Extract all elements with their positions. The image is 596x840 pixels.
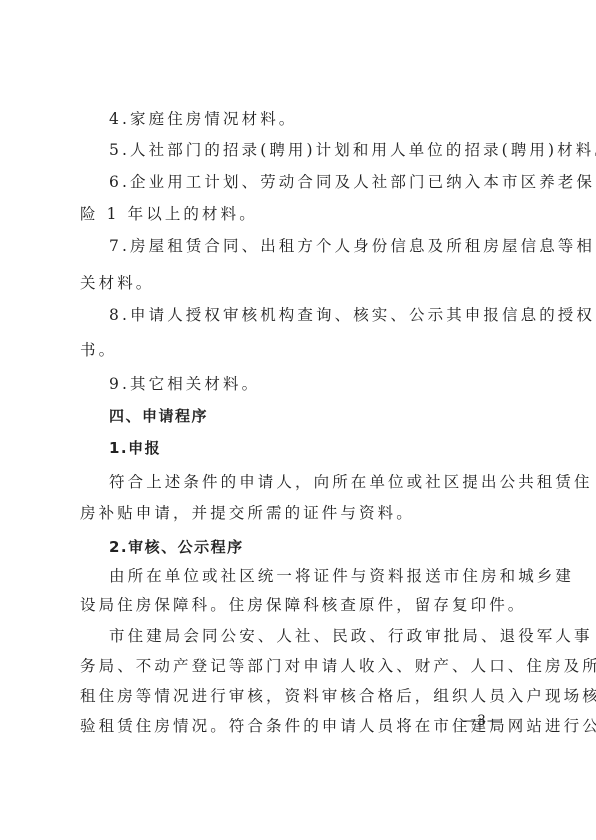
paragraph-line: 符合上述条件的申请人，向所在单位或社区提出公共租赁住 (109, 472, 549, 492)
paragraph-line: 8.申请人授权审核机构查询、核实、公示其申报信息的授权 (109, 305, 549, 325)
paragraph-line: 4.家庭住房情况材料。 (109, 109, 549, 129)
paragraph-line: 关材料。 (80, 273, 520, 293)
paragraph-line: 由所在单位或社区统一将证件与资料报送市住房和城乡建 (109, 566, 549, 586)
document-page: 4.家庭住房情况材料。5.人社部门的招录(聘用)计划和用人单位的招录(聘用)材料… (0, 0, 596, 840)
paragraph-line: 书。 (80, 340, 520, 360)
paragraph-line: 5.人社部门的招录(聘用)计划和用人单位的招录(聘用)材料。 (109, 140, 549, 160)
paragraph-line: 房补贴申请，并提交所需的证件与资料。 (80, 503, 520, 523)
section-heading: 1.申报 (109, 438, 549, 458)
paragraph-line: 务局、不动产登记等部门对申请人收入、财产、人口、住房及所 (80, 656, 520, 676)
paragraph-line: 验租赁住房情况。符合条件的申请人员将在市住建局网站进行公 (80, 716, 520, 736)
paragraph-line: 租住房等情况进行审核，资料审核合格后，组织人员入户现场核 (80, 686, 520, 706)
paragraph-line: 市住建局会同公安、人社、民政、行政审批局、退役军人事 (109, 626, 549, 646)
paragraph-line: 6.企业用工计划、劳动合同及人社部门已纳入本市区养老保 (109, 172, 549, 192)
paragraph-line: 7.房屋租赁合同、出租方个人身份信息及所租房屋信息等相 (109, 236, 549, 256)
section-heading: 四、申请程序 (109, 406, 549, 426)
paragraph-line: 设局住房保障科。住房保障科核查原件，留存复印件。 (80, 595, 520, 615)
page-number: —3— (462, 713, 502, 729)
paragraph-line: 险 1 年以上的材料。 (80, 204, 520, 224)
paragraph-line: 9.其它相关材料。 (109, 374, 549, 394)
section-heading: 2.审核、公示程序 (109, 537, 549, 557)
